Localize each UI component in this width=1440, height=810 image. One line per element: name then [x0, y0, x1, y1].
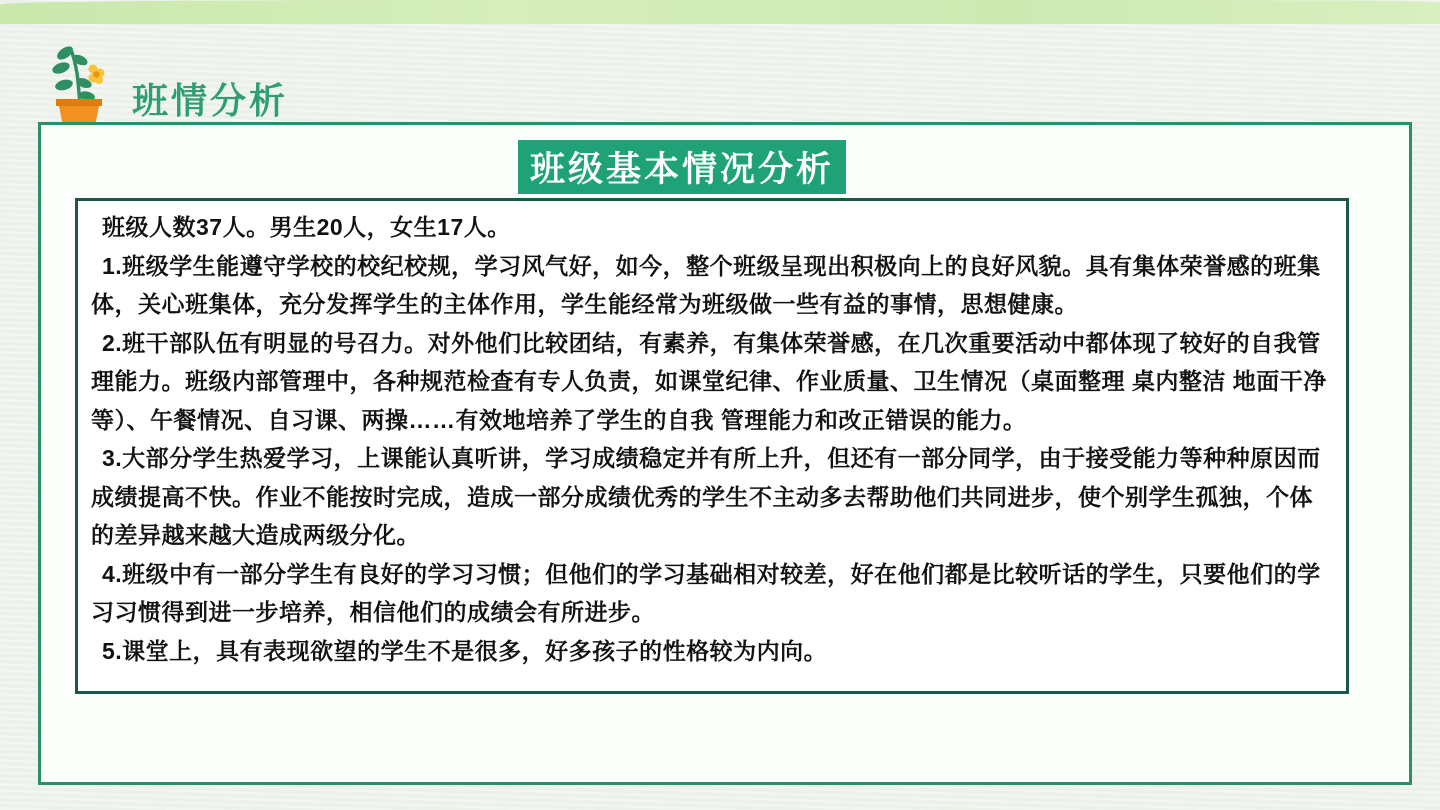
paragraph-point-5: 5.课堂上，具有表现欲望的学生不是很多，好多孩子的性格较为内向。	[91, 632, 1333, 671]
page-title: 班情分析	[132, 73, 288, 124]
potted-plant-icon	[38, 40, 118, 126]
paragraph-point-1: 1.班级学生能遵守学校的校纪校规，学习风气好，如今，整个班级呈现出积极向上的良好…	[91, 247, 1333, 324]
paragraph-class-size: 班级人数37人。男生20人，女生17人。	[91, 208, 1333, 247]
content-card: 班级基本情况分析 班级人数37人。男生20人，女生17人。 1.班级学生能遵守学…	[38, 122, 1412, 785]
slide-header: 班情分析	[38, 40, 288, 126]
slide-background: 班情分析 班级基本情况分析 班级人数37人。男生20人，女生17人。 1.班级学…	[0, 0, 1440, 810]
flower	[89, 65, 105, 85]
paragraph-point-4: 4.班级中有一部分学生有良好的学习习惯；但他们的学习基础相对较差，好在他们都是比…	[91, 555, 1333, 632]
watercolor-wash-bottom	[0, 0, 1440, 24]
paragraph-point-3: 3.大部分学生热爱学习，上课能认真听讲，学习成绩稳定并有所上升，但还有一部分同学…	[91, 439, 1333, 555]
analysis-textbox: 班级人数37人。男生20人，女生17人。 1.班级学生能遵守学校的校纪校规，学习…	[75, 198, 1349, 694]
section-title-badge: 班级基本情况分析	[518, 140, 846, 194]
paragraph-point-2: 2.班干部队伍有明显的号召力。对外他们比较团结，有素养，有集体荣誉感，在几次重要…	[91, 324, 1333, 440]
